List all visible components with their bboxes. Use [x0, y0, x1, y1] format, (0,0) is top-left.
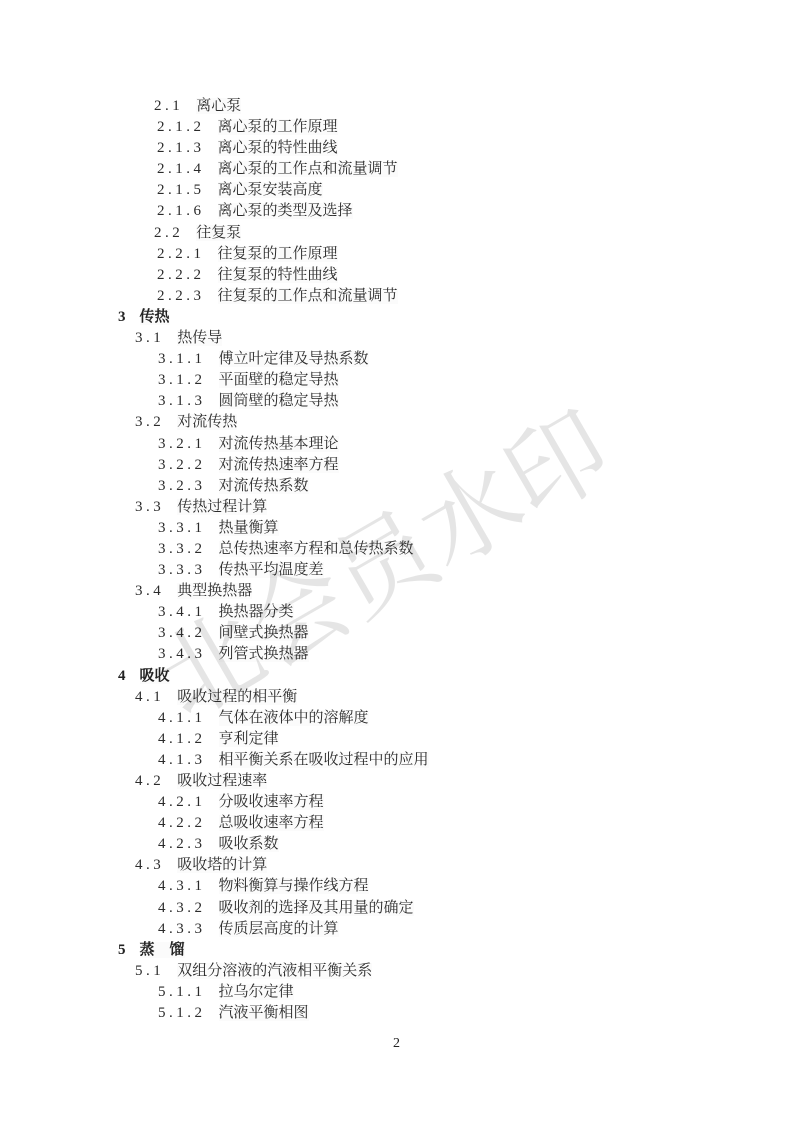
- toc-item-title: 离心泵的工作点和流量调节: [218, 161, 398, 177]
- toc-item-row: 4.3.3传质层高度的计算: [0, 919, 793, 940]
- toc-item-row: 3.3.2总传热速率方程和总传热系数: [0, 539, 793, 560]
- toc-item-title: 汽液平衡相图: [219, 1005, 309, 1021]
- toc-item-title: 传热过程计算: [177, 499, 267, 515]
- toc-item-title: 传热平均温度差: [219, 562, 324, 578]
- toc-item-row: 3.4.3列管式换热器: [0, 644, 793, 665]
- toc-item-number: 3.4.2: [158, 625, 206, 641]
- toc-item-number: 3.1.2: [158, 372, 206, 388]
- toc-item-title: 离心泵的特性曲线: [218, 140, 338, 156]
- toc-item-row: 2.2.2往复泵的特性曲线: [0, 265, 793, 286]
- toc-item-title: 拉乌尔定律: [219, 984, 294, 1000]
- page-number: 2: [0, 1036, 793, 1052]
- toc-item-number: 4.3.1: [158, 878, 206, 894]
- toc-item-number: 2.1.2: [157, 119, 205, 135]
- toc-item-row: 2.2.1往复泵的工作原理: [0, 244, 793, 265]
- toc-chapter-row: 3传热: [0, 307, 793, 328]
- toc-item-number: 3.2.1: [158, 436, 206, 452]
- toc-item-number: 2.1: [154, 98, 183, 114]
- toc-item-row: 2.1.2离心泵的工作原理: [0, 117, 793, 138]
- toc-item-row: 3.1.1傅立叶定律及导热系数: [0, 349, 793, 370]
- toc-item-row: 4.2吸收过程速率: [0, 771, 793, 792]
- toc-item-number: 4.3: [135, 857, 164, 873]
- toc-item-number: 5: [118, 942, 126, 958]
- toc-item-number: 4.1.3: [158, 752, 206, 768]
- toc-item-row: 3.3传热过程计算: [0, 497, 793, 518]
- toc-item-number: 4.3.3: [158, 921, 206, 937]
- toc-item-number: 3.3.2: [158, 541, 206, 557]
- toc-item-number: 2.2: [154, 225, 183, 241]
- toc-item-row: 3.2.2对流传热速率方程: [0, 455, 793, 476]
- toc-item-title: 双组分溶液的汽液相平衡关系: [177, 963, 372, 979]
- toc-item-title: 平面壁的稳定导热: [219, 372, 339, 388]
- toc-item-row: 3.3.1热量衡算: [0, 518, 793, 539]
- toc-item-number: 4.2.1: [158, 794, 206, 810]
- toc-item-title: 对流传热: [177, 414, 237, 430]
- toc-item-number: 3.2: [135, 414, 164, 430]
- toc-item-row: 3.1.3圆筒壁的稳定导热: [0, 391, 793, 412]
- toc-item-number: 2.2.3: [157, 288, 205, 304]
- toc-item-number: 4.1: [135, 689, 164, 705]
- toc-item-number: 3.3.3: [158, 562, 206, 578]
- table-of-contents: 2.1离心泵2.1.2离心泵的工作原理2.1.3离心泵的特性曲线2.1.4离心泵…: [0, 96, 793, 1024]
- toc-item-number: 3.2.2: [158, 457, 206, 473]
- toc-item-title: 离心泵的工作原理: [218, 119, 338, 135]
- toc-item-title: 传热: [140, 309, 170, 325]
- toc-item-title: 吸收: [140, 668, 170, 684]
- toc-item-title: 列管式换热器: [219, 646, 309, 662]
- toc-item-row: 4.3吸收塔的计算: [0, 855, 793, 876]
- toc-item-row: 3.2.1对流传热基本理论: [0, 434, 793, 455]
- toc-item-title: 吸收过程的相平衡: [177, 689, 297, 705]
- toc-item-title: 吸收剂的选择及其用量的确定: [219, 900, 414, 916]
- document-page: 北会员水印 2.1离心泵2.1.2离心泵的工作原理2.1.3离心泵的特性曲线2.…: [0, 0, 793, 1122]
- toc-item-title: 往复泵的特性曲线: [218, 267, 338, 283]
- toc-item-title: 对流传热速率方程: [219, 457, 339, 473]
- toc-item-row: 5.1.2汽液平衡相图: [0, 1003, 793, 1024]
- toc-item-number: 3.1.3: [158, 393, 206, 409]
- toc-item-row: 3.4.2间壁式换热器: [0, 623, 793, 644]
- toc-item-row: 3.4.1换热器分类: [0, 602, 793, 623]
- toc-item-title: 往复泵的工作原理: [218, 246, 338, 262]
- toc-item-title: 吸收塔的计算: [177, 857, 267, 873]
- toc-item-title: 换热器分类: [219, 604, 294, 620]
- toc-item-row: 2.2.3往复泵的工作点和流量调节: [0, 286, 793, 307]
- toc-item-number: 3.4.1: [158, 604, 206, 620]
- toc-item-number: 4: [118, 668, 126, 684]
- toc-item-title: 典型换热器: [177, 583, 252, 599]
- toc-item-title: 物料衡算与操作线方程: [219, 878, 369, 894]
- toc-item-row: 3.1热传导: [0, 328, 793, 349]
- toc-item-row: 4.2.2总吸收速率方程: [0, 813, 793, 834]
- toc-item-row: 4.1.2亨利定律: [0, 729, 793, 750]
- toc-item-title: 气体在液体中的溶解度: [219, 710, 369, 726]
- toc-item-title: 吸收过程速率: [177, 773, 267, 789]
- toc-item-row: 5.1双组分溶液的汽液相平衡关系: [0, 961, 793, 982]
- toc-item-number: 3.2.3: [158, 478, 206, 494]
- toc-item-row: 4.3.2吸收剂的选择及其用量的确定: [0, 898, 793, 919]
- toc-item-number: 2.1.4: [157, 161, 205, 177]
- toc-item-title: 间壁式换热器: [219, 625, 309, 641]
- toc-item-number: 2.1.3: [157, 140, 205, 156]
- toc-item-title: 分吸收速率方程: [219, 794, 324, 810]
- toc-item-row: 4.1.3相平衡关系在吸收过程中的应用: [0, 750, 793, 771]
- toc-item-title: 总吸收速率方程: [219, 815, 324, 831]
- toc-item-row: 4.2.1分吸收速率方程: [0, 792, 793, 813]
- toc-item-title: 离心泵: [196, 98, 241, 114]
- toc-item-title: 蒸 馏: [140, 942, 185, 958]
- toc-item-number: 2.2.2: [157, 267, 205, 283]
- toc-item-number: 3.1: [135, 330, 164, 346]
- toc-item-row: 3.2.3对流传热系数: [0, 476, 793, 497]
- toc-item-title: 离心泵的类型及选择: [218, 203, 353, 219]
- toc-item-title: 传质层高度的计算: [219, 921, 339, 937]
- toc-item-row: 4.3.1物料衡算与操作线方程: [0, 876, 793, 897]
- toc-item-number: 3.1.1: [158, 351, 206, 367]
- toc-item-number: 3.4.3: [158, 646, 206, 662]
- toc-item-row: 2.2往复泵: [0, 223, 793, 244]
- toc-item-row: 2.1.5离心泵安装高度: [0, 180, 793, 201]
- toc-item-row: 3.4典型换热器: [0, 581, 793, 602]
- toc-item-number: 2.2.1: [157, 246, 205, 262]
- toc-item-row: 4.1吸收过程的相平衡: [0, 687, 793, 708]
- toc-item-title: 往复泵的工作点和流量调节: [218, 288, 398, 304]
- toc-item-title: 总传热速率方程和总传热系数: [219, 541, 414, 557]
- toc-item-number: 5.1.2: [158, 1005, 206, 1021]
- toc-item-row: 4.1.1气体在液体中的溶解度: [0, 708, 793, 729]
- toc-item-row: 4.2.3吸收系数: [0, 834, 793, 855]
- toc-item-row: 2.1离心泵: [0, 96, 793, 117]
- toc-item-number: 5.1.1: [158, 984, 206, 1000]
- toc-item-row: 3.1.2平面壁的稳定导热: [0, 370, 793, 391]
- toc-item-title: 吸收系数: [219, 836, 279, 852]
- toc-item-number: 3.3: [135, 499, 164, 515]
- toc-item-number: 2.1.5: [157, 182, 205, 198]
- toc-item-number: 4.2.3: [158, 836, 206, 852]
- toc-item-number: 5.1: [135, 963, 164, 979]
- toc-item-row: 3.2对流传热: [0, 412, 793, 433]
- toc-chapter-row: 5蒸 馏: [0, 940, 793, 961]
- toc-item-number: 4.1.2: [158, 731, 206, 747]
- toc-item-number: 3.4: [135, 583, 164, 599]
- toc-item-row: 2.1.4离心泵的工作点和流量调节: [0, 159, 793, 180]
- toc-item-row: 5.1.1拉乌尔定律: [0, 982, 793, 1003]
- toc-item-title: 离心泵安装高度: [218, 182, 323, 198]
- toc-item-row: 2.1.3离心泵的特性曲线: [0, 138, 793, 159]
- toc-item-row: 2.1.6离心泵的类型及选择: [0, 201, 793, 222]
- toc-item-title: 对流传热基本理论: [219, 436, 339, 452]
- toc-item-title: 傅立叶定律及导热系数: [219, 351, 369, 367]
- toc-chapter-row: 4吸收: [0, 666, 793, 687]
- toc-item-number: 3: [118, 309, 126, 325]
- toc-item-title: 相平衡关系在吸收过程中的应用: [219, 752, 429, 768]
- toc-item-number: 4.1.1: [158, 710, 206, 726]
- toc-item-title: 亨利定律: [219, 731, 279, 747]
- toc-item-row: 3.3.3传热平均温度差: [0, 560, 793, 581]
- toc-item-number: 4.2: [135, 773, 164, 789]
- toc-item-number: 2.1.6: [157, 203, 205, 219]
- toc-item-number: 4.2.2: [158, 815, 206, 831]
- toc-item-title: 圆筒壁的稳定导热: [219, 393, 339, 409]
- toc-item-number: 4.3.2: [158, 900, 206, 916]
- toc-item-title: 热传导: [177, 330, 222, 346]
- toc-item-title: 往复泵: [196, 225, 241, 241]
- toc-item-number: 3.3.1: [158, 520, 206, 536]
- toc-item-title: 热量衡算: [219, 520, 279, 536]
- toc-item-title: 对流传热系数: [219, 478, 309, 494]
